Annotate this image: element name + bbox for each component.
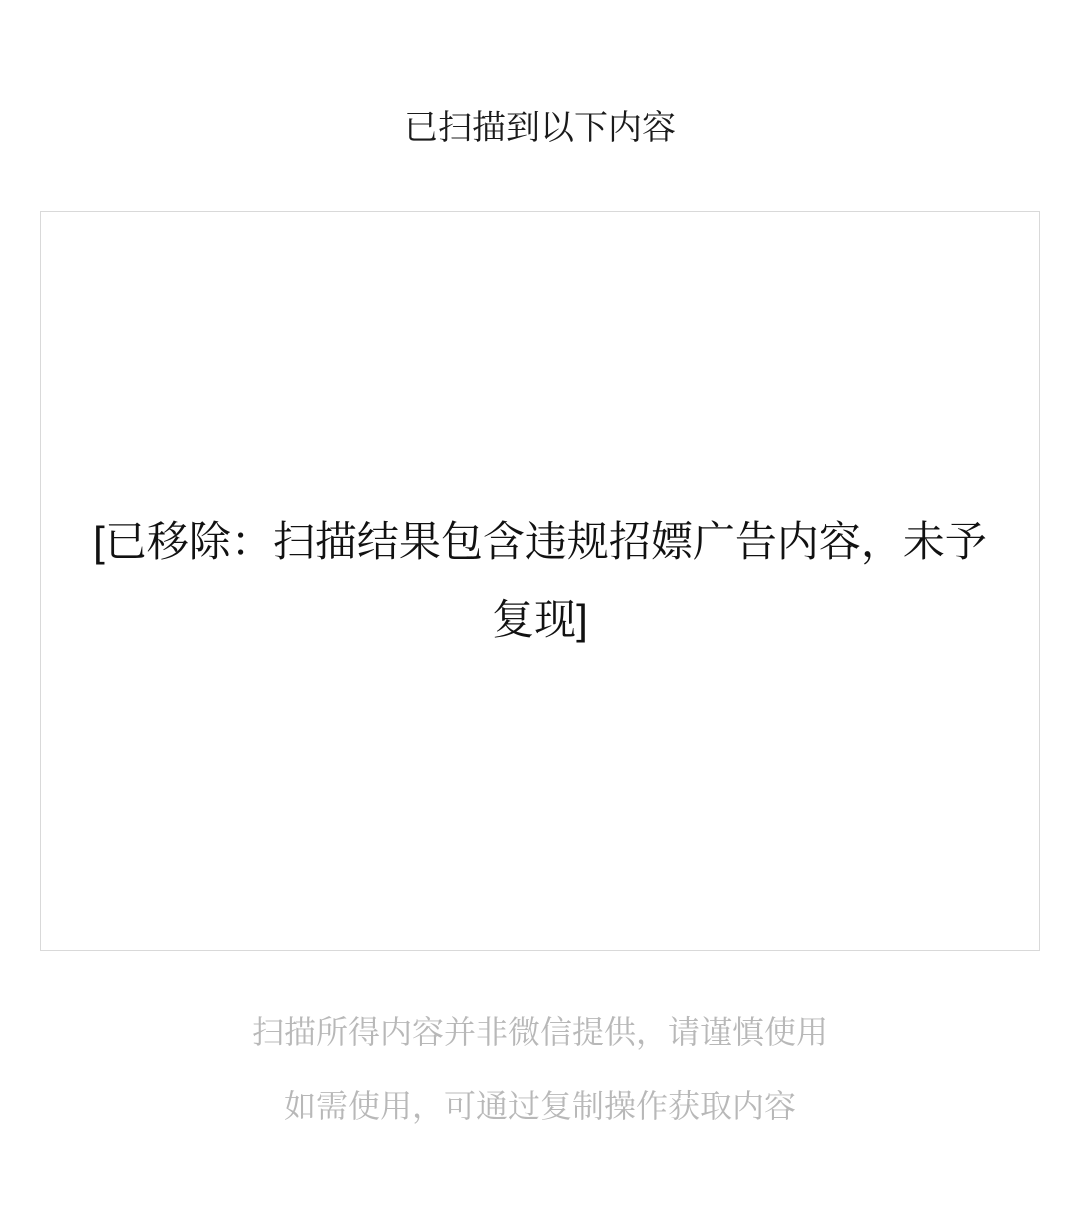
disclaimer-line-1: 扫描所得内容并非微信提供，请谨慎使用 bbox=[252, 1007, 828, 1053]
scanned-content-text: [已移除：扫描结果包含违规招嫖广告内容，未予复现] bbox=[81, 503, 999, 658]
footer-notes: 扫描所得内容并非微信提供，请谨慎使用 如需使用，可通过复制操作获取内容 bbox=[252, 1007, 828, 1127]
scan-result-screen: 已扫描到以下内容 [已移除：扫描结果包含违规招嫖广告内容，未予复现] 扫描所得内… bbox=[0, 0, 1080, 1225]
scan-result-box[interactable]: [已移除：扫描结果包含违规招嫖广告内容，未予复现] bbox=[40, 211, 1040, 951]
disclaimer-line-2: 如需使用，可通过复制操作获取内容 bbox=[284, 1081, 796, 1127]
page-title: 已扫描到以下内容 bbox=[404, 100, 676, 149]
